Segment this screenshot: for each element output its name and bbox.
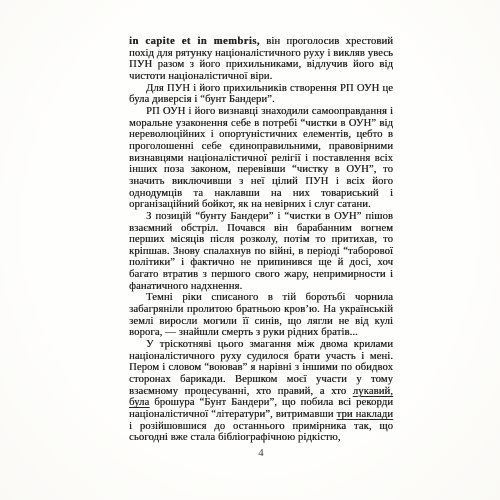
book-page: in capite et in membris, він проголосив … — [0, 0, 500, 500]
paragraph-6-text: і розійшовшися до останнього примірника … — [129, 421, 393, 444]
paragraph-1: in capite et in membris, він проголосив … — [129, 36, 393, 83]
paragraph-2: Для ПУН і його прихильників створення РП… — [129, 83, 393, 106]
paragraph-4: З позицій “бунту Бандери” і “чистки в ОУ… — [129, 211, 393, 293]
paragraph-6: У тріскотняві цього змагання між двома к… — [129, 339, 393, 444]
page-number: 4 — [129, 448, 393, 459]
pen-underlined-text: три наклади — [337, 409, 393, 420]
text-block: in capite et in membris, він проголосив … — [129, 36, 393, 444]
latin-phrase: in capite et in membris, — [129, 36, 260, 47]
paragraph-3: РП ОУН і його визнавці знаходили самоопр… — [129, 106, 393, 211]
paragraph-5: Темні ріки списаного в тій боротьбі чорн… — [129, 292, 393, 339]
